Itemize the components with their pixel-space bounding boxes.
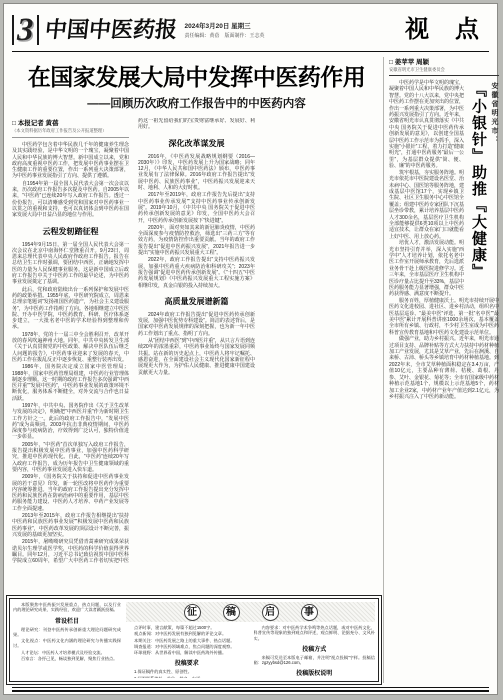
notice-content-req: 内容要求：对中医药学术争鸣等热点话题，或对中医药文化、科普宣传等现象的独到观点和… [254, 625, 376, 641]
notice-intro: 本版聚焦中医药振兴发展重点、热点问题，以及行业内的理论研究成果、实践经验，欢迎广… [13, 602, 121, 613]
notice-col-c: 内容要求：对中医药学术争鸣等热点话题，或对中医药文化、科普宣传等现象的独到观点和… [254, 625, 376, 678]
section-2-paragraphs: 2016年，《中医药发展战略规划纲要（2016—2030年）》印发，中医药发展上… [138, 154, 255, 289]
editor-line: 责任编辑：黄蓓 版面制作：王志英 [185, 32, 265, 39]
section-3-paragraphs: 2024年政府工作报告提出“促进中医药传承创新发展，加强中医优势专科建设”。简洁… [138, 312, 255, 376]
notice-method-text: 来稿可发送至本版电子邮箱，并注明“视点投稿”字样。投稿信箱：zgzyybsd@1… [254, 655, 376, 666]
section-title: 视 点 [405, 13, 489, 47]
notice-col-b-items: 点评时事，建言献策，每篇不超过1500字。观点新闻：对中医药发展有独到见解的评论… [126, 625, 248, 655]
article-subheading-1: 云程发轫踏征程 [12, 226, 129, 237]
page-number: 3 [14, 15, 37, 45]
notice-inner-columns: 点评时事，建言献策，每篇不超过1500字。观点新闻：对中医药发展有独到见解的评论… [126, 625, 375, 678]
intro-paragraphs: 中医药学包含着中华民族几千年的健康养生理念及其实践经验，是中华文明的一个瑰宝，凝… [12, 142, 129, 219]
notice-box: 本版聚焦中医药振兴发展重点、热点问题，以及行业内的理论研究成果、实践经验，欢迎广… [9, 598, 379, 682]
sidebar-byline-note: 安徽省明光市卫生健康委员会 [389, 67, 499, 76]
notice-right-area: 征 稿 启 事 点评时事，建言献策，每篇不超过1500字。观点新闻：对中医药发展… [126, 602, 375, 678]
notice-requirements: 1.保证稿件的真实性、原创性。2.写明联系地址、单位、姓名、电话。3.字数：20… [126, 669, 248, 678]
banner-char-circle: 征 [184, 604, 201, 621]
date-line: 2024年3月20日 星期三 [185, 21, 265, 30]
bottom-rules [12, 687, 489, 692]
vertical-kicker: 安徽省明光市： [489, 82, 499, 292]
page-number-block: 3 [12, 13, 39, 47]
page-header: 3 中国中医药报 2024年3月20日 星期三 责任编辑：黄蓓 版面制作：王志英… [12, 13, 489, 49]
notice-heading-requirements: 投稿要求 [126, 658, 248, 667]
header-rule [12, 51, 489, 52]
notice-banner: 征 稿 启 事 [126, 602, 375, 622]
newspaper-page: 3 中国中医药报 2024年3月20日 星期三 责任编辑：黄蓓 版面制作：王志英… [3, 3, 498, 695]
main-headline: 在国家发展大局中发挥中医药作用 [12, 63, 381, 91]
date-block: 2024年3月20日 星期三 责任编辑：黄蓓 版面制作：王志英 [185, 21, 265, 39]
article-byline: □ 本报记者 黄蓓 [12, 118, 129, 127]
notice-col-a-items: 理论研究：刊登中医药传承创新重大理论问题研究成果。文化视点：中医药文化内涵的理论… [13, 627, 121, 662]
article-subheading-3: 高质量发展谱新篇 [138, 296, 255, 307]
article-subheading-2: 深化改革谋发展 [138, 138, 255, 149]
notice-heading-copyright: 投稿版权说明 [254, 668, 376, 677]
banner-char-circle: 启 [262, 604, 279, 621]
vertical-title: 『小银针』助推『大健康』 [469, 82, 486, 292]
article-byline-note: （本文资料据历年政府工作报告及公开报道整理） [12, 128, 129, 138]
main-subhead: ——回顾历次政府工作报告中的中医药内容 [12, 95, 381, 111]
thick-rule [12, 690, 489, 692]
article-columns: □ 本报记者 黄蓓 （本文资料据历年政府工作报告及公开报道整理） 中医药学包含着… [12, 118, 381, 573]
sidebar-byline: □ 姜苹苹 周颖 [389, 57, 499, 66]
banner-char-circle: 事 [301, 604, 318, 621]
notice-heading-method: 投稿方式 [254, 644, 376, 653]
notice-heading-columns: 常设栏目 [13, 616, 121, 625]
sidebar-body: 安徽省明光市： 『小银针』助推『大健康』 中医药学是中华文明的瑰宝，凝聚着中国人… [389, 80, 499, 400]
banner-char-circle: 稿 [223, 604, 240, 621]
main-article: 在国家发展大局中发挥中医药作用 ——回顾历次政府工作报告中的中医药内容 □ 本报… [12, 57, 381, 573]
vertical-title-block: 安徽省明光市： 『小银针』助推『大健康』 [469, 82, 499, 292]
masthead-title: 中国中医药报 [43, 15, 178, 45]
divider [37, 15, 39, 45]
thin-rule [12, 687, 489, 688]
notice-col-b: 点评时事，建言献策，每篇不超过1500字。观点新闻：对中医药发展有独到见解的评论… [126, 625, 248, 678]
notice-col-a: 本版聚焦中医药振兴发展重点、热点问题，以及行业内的理论研究成果、实践经验，欢迎广… [13, 602, 121, 678]
sidebar-feature: □ 姜苹苹 周颖 安徽省明光市卫生健康委员会 安徽省明光市： 『小银针』助推『大… [383, 57, 499, 683]
